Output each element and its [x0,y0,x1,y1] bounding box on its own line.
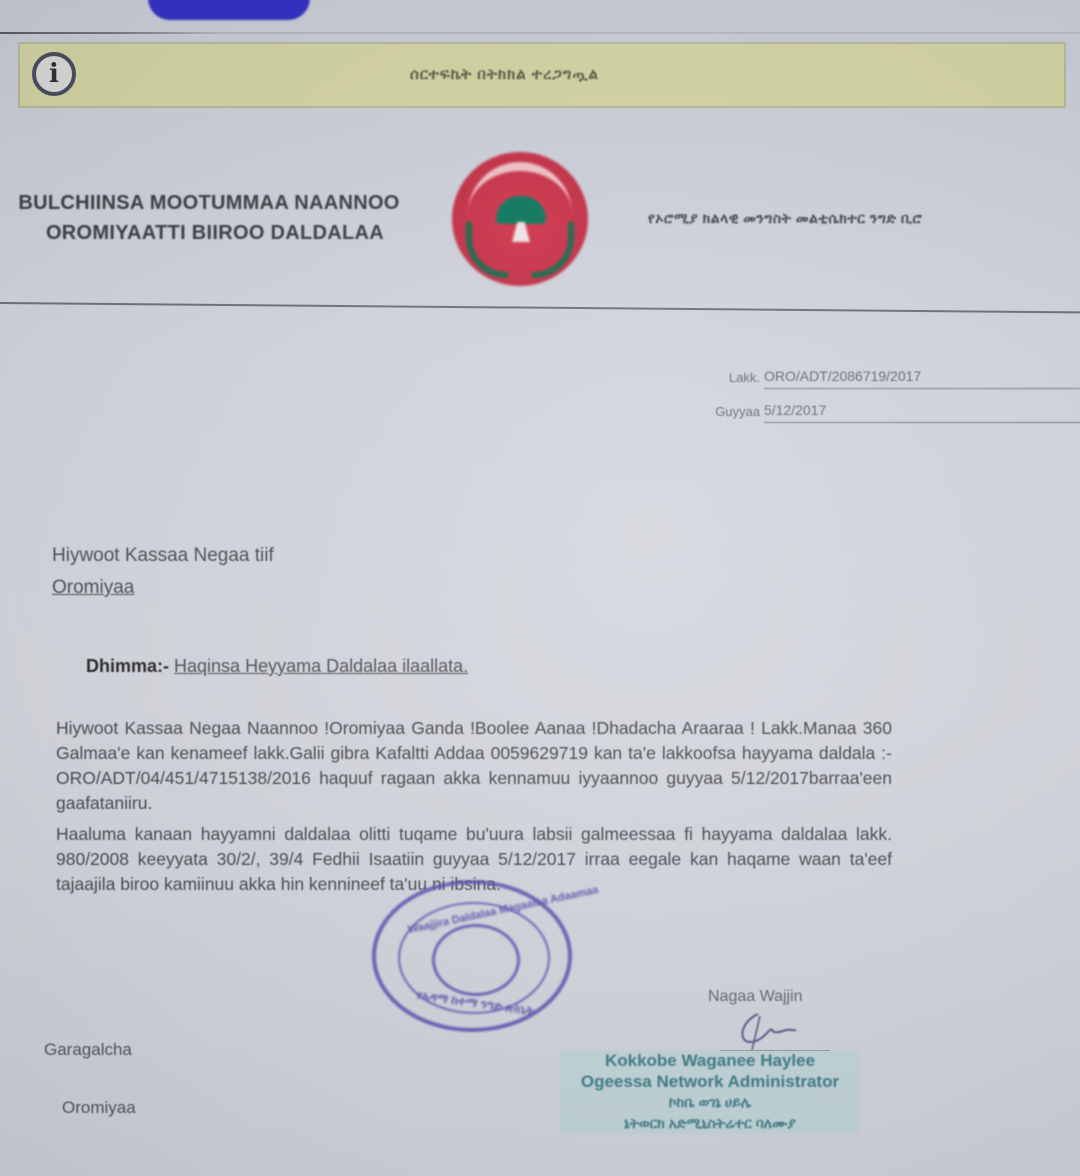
info-icon: i [32,52,76,96]
banner-message: ሰርተፍኬት በትክክል ተረጋግጧል [410,66,599,83]
official-stamp: Waajjira Daldalaa Magaalaa Adaamaa የአዳማ … [372,880,572,1032]
org-name-amharic: የኦሮሚያ ክልላዊ መንግስት መልቲሴክተር ንግድ ቢሮ [648,210,922,227]
subject-text: Haqinsa Heyyama Daldalaa ilaallata. [174,656,468,676]
divider [0,32,1080,34]
signatory-block: Kokkobe Waganee Haylee Ogeessa Network A… [560,1050,860,1134]
oromia-emblem-icon [452,152,588,286]
reference-date-value: 5/12/2017 [764,402,1080,423]
signature-icon [730,1012,800,1050]
reference-block: Lakk. ORO/ADT/2086719/2017 Guyyaa 5/12/2… [700,368,1080,436]
top-action-button[interactable] [148,0,310,20]
carbon-copy-recipient: Oromiyaa [62,1098,136,1118]
signatory-name: Kokkobe Waganee Haylee [560,1050,860,1071]
signatory-title-amharic: ኔትወርክ አድሚኒስትሬተር ባለሙያ [560,1113,860,1134]
closing-salutation: Nagaa Wajjin [708,988,803,1006]
verification-banner: i ሰርተፍኬት በትክክል ተረጋግጧል [18,42,1066,108]
signatory-title: Ogeessa Network Administrator [560,1071,860,1092]
subject-label: Dhimma:- [86,656,169,676]
body-paragraph-1: Hiywoot Kassaa Negaa Naannoo !Oromiyaa G… [56,716,892,816]
org-name-oromo: Bulchiinsa Mootummaa Naannoo Oromiyaatti… [0,188,430,248]
recipient-region: Oromiyaa [52,572,274,604]
subject-line: Dhimma:- Haqinsa Heyyama Daldalaa ilaall… [86,656,468,677]
recipient-block: Hiywoot Kassaa Negaa tiif Oromiyaa [52,540,274,604]
carbon-copy-label: Garagalcha [44,1040,132,1060]
recipient-name: Hiywoot Kassaa Negaa tiif [52,540,274,572]
reference-number-value: ORO/ADT/2086719/2017 [764,368,1080,389]
org-name-line2: Oromiyaatti Biiroo Daldalaa [0,218,430,248]
reference-number-row: Lakk. ORO/ADT/2086719/2017 [700,368,1080,402]
stamp-emblem-icon [432,924,520,996]
header-divider [0,302,1080,313]
letter-body: Hiywoot Kassaa Negaa Naannoo !Oromiyaa G… [56,716,892,903]
signatory-name-amharic: ኮከቤ ወገኔ ሀይሌ [560,1092,860,1113]
reference-date-row: Guyyaa 5/12/2017 [700,402,1080,436]
org-name-line1: Bulchiinsa Mootummaa Naannoo [0,188,430,218]
reference-date-label: Guyyaa [715,404,760,419]
reference-number-label: Lakk. [729,370,760,385]
